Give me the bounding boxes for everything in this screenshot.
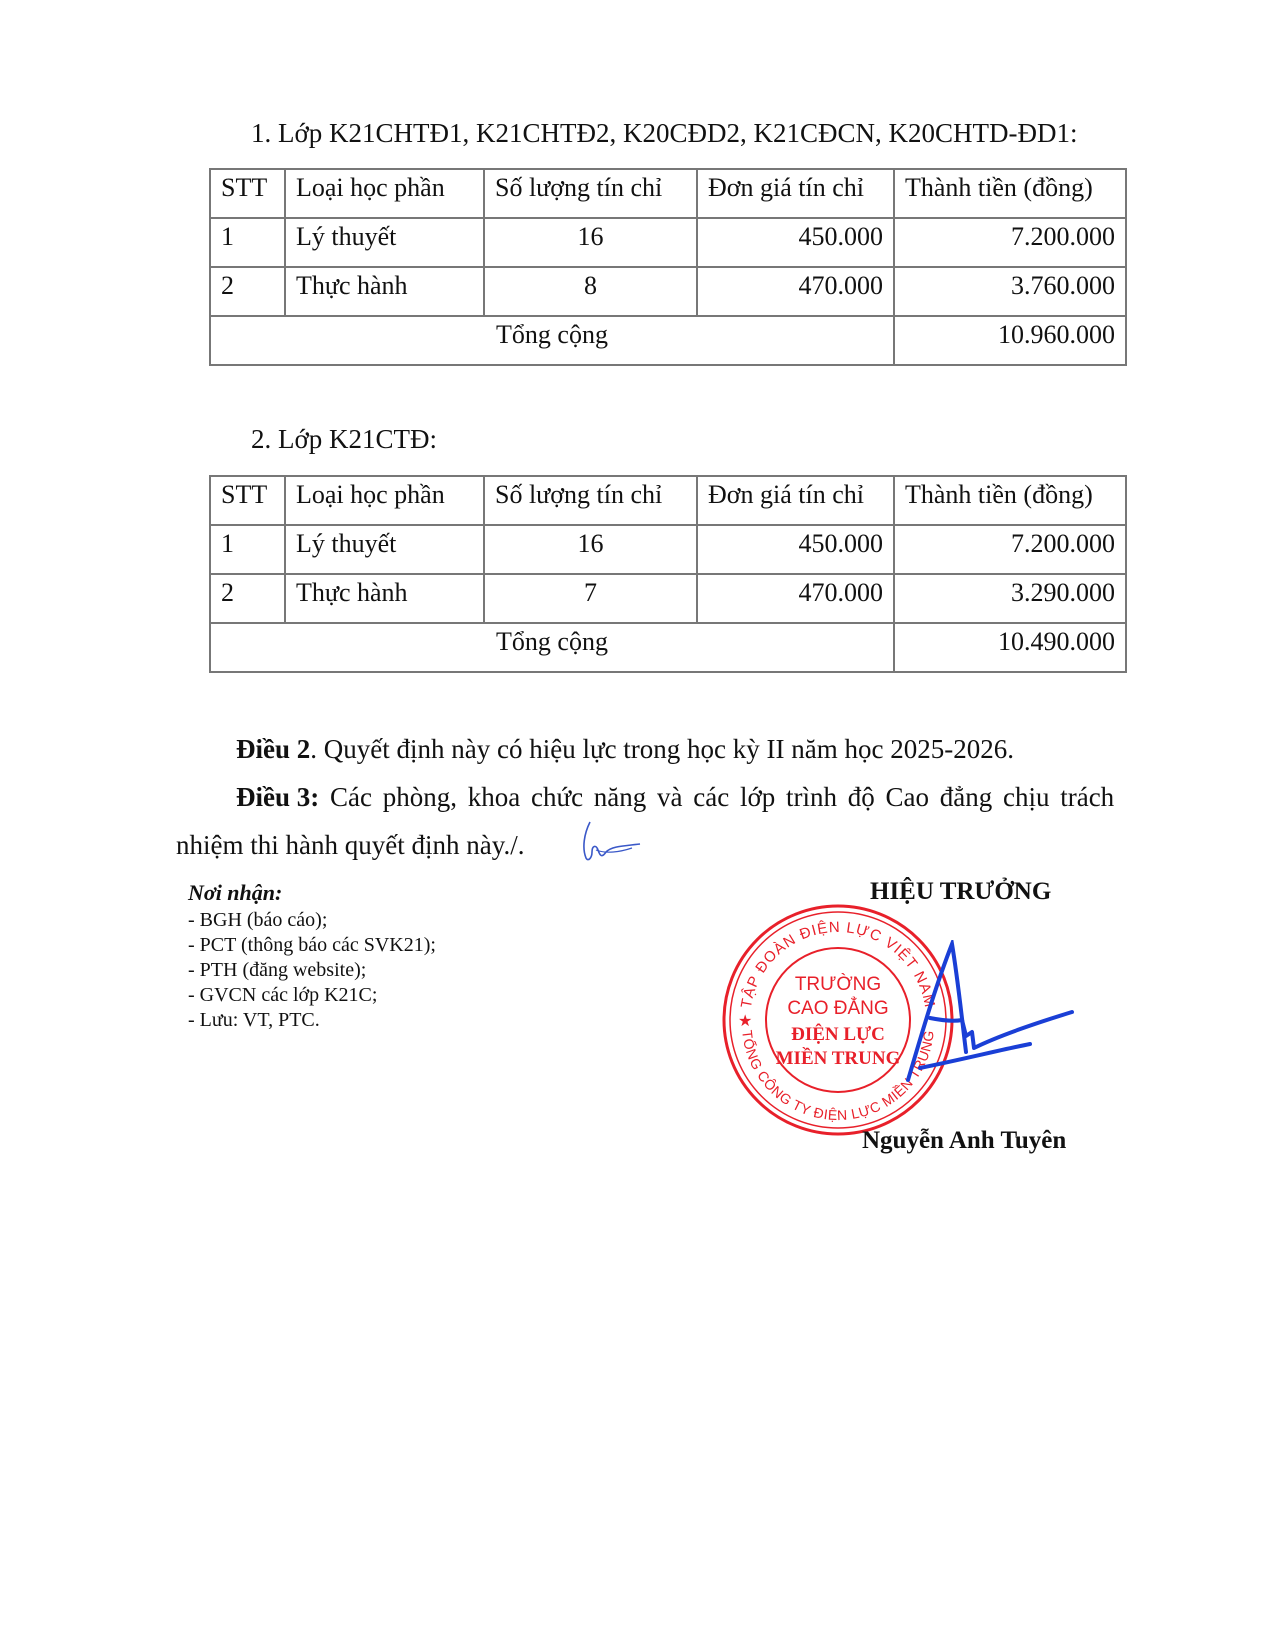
table-header-row: STT Loại học phần Số lượng tín chỉ Đơn g… <box>210 476 1126 525</box>
cell-unit-price: 470.000 <box>697 574 894 623</box>
header-cell: STT <box>210 476 285 525</box>
recipient-item: - PTH (đăng website); <box>188 958 436 983</box>
cell-amount: 3.290.000 <box>894 574 1126 623</box>
header-cell: Thành tiền (đồng) <box>894 169 1126 218</box>
stamp-line: MIỀN TRUNG <box>776 1047 901 1069</box>
cell-unit-price: 450.000 <box>697 218 894 267</box>
header-cell: Số lượng tín chỉ <box>484 169 697 218</box>
svg-text:★: ★ <box>738 1011 752 1030</box>
cell-amount: 7.200.000 <box>894 218 1126 267</box>
header-cell: Loại học phần <box>285 169 484 218</box>
article-2-text: . Quyết định này có hiệu lực trong học k… <box>310 734 1014 764</box>
header-cell: STT <box>210 169 285 218</box>
table-row: 1 Lý thuyết 16 450.000 7.200.000 <box>210 218 1126 267</box>
section1-heading: 1. Lớp K21CHTĐ1, K21CHTĐ2, K20CĐD2, K21C… <box>251 118 1078 149</box>
fee-table-1: STT Loại học phần Số lượng tín chỉ Đơn g… <box>209 168 1127 366</box>
recipients-title: Nơi nhận: <box>188 880 282 906</box>
cell-stt: 2 <box>210 574 285 623</box>
initials-paraph-icon <box>576 818 646 868</box>
header-cell: Thành tiền (đồng) <box>894 476 1126 525</box>
handwritten-signature-icon <box>900 940 1080 1100</box>
table-header-row: STT Loại học phần Số lượng tín chỉ Đơn g… <box>210 169 1126 218</box>
cell-type: Lý thuyết <box>285 218 484 267</box>
recipient-item: - Lưu: VT, PTC. <box>188 1008 436 1033</box>
table-row: 1 Lý thuyết 16 450.000 7.200.000 <box>210 525 1126 574</box>
recipient-item: - GVCN các lớp K21C; <box>188 983 436 1008</box>
header-cell: Loại học phần <box>285 476 484 525</box>
table-row: 2 Thực hành 8 470.000 3.760.000 <box>210 267 1126 316</box>
cell-credits: 16 <box>484 525 697 574</box>
stamp-line: TRƯỜNG <box>795 973 881 995</box>
total-label: Tổng cộng <box>210 623 894 672</box>
cell-stt: 1 <box>210 525 285 574</box>
article-3-text-line1: Các phòng, khoa chức năng và các lớp trì… <box>319 782 1114 812</box>
cell-stt: 2 <box>210 267 285 316</box>
cell-amount: 7.200.000 <box>894 525 1126 574</box>
table-total-row: Tổng cộng 10.490.000 <box>210 623 1126 672</box>
fee-table-2: STT Loại học phần Số lượng tín chỉ Đơn g… <box>209 475 1127 673</box>
cell-unit-price: 450.000 <box>697 525 894 574</box>
recipients-list: - BGH (báo cáo); - PCT (thông báo các SV… <box>188 908 436 1033</box>
stamp-line: ĐIỆN LỰC <box>791 1023 885 1045</box>
article-3: Điều 3: Các phòng, khoa chức năng và các… <box>236 782 1146 813</box>
article-3-continued: nhiệm thi hành quyết định này./. <box>176 830 524 861</box>
stamp-line: CAO ĐẲNG <box>787 997 888 1019</box>
cell-type: Thực hành <box>285 574 484 623</box>
section2-heading: 2. Lớp K21CTĐ: <box>251 424 437 455</box>
recipient-item: - PCT (thông báo các SVK21); <box>188 933 436 958</box>
header-cell: Số lượng tín chỉ <box>484 476 697 525</box>
total-label: Tổng cộng <box>210 316 894 365</box>
total-value: 10.960.000 <box>894 316 1126 365</box>
cell-amount: 3.760.000 <box>894 267 1126 316</box>
cell-type: Lý thuyết <box>285 525 484 574</box>
article-2-label: Điều 2 <box>236 734 310 764</box>
cell-credits: 16 <box>484 218 697 267</box>
signatory-name: Nguyễn Anh Tuyên <box>862 1127 1066 1155</box>
table-total-row: Tổng cộng 10.960.000 <box>210 316 1126 365</box>
cell-unit-price: 470.000 <box>697 267 894 316</box>
header-cell: Đơn giá tín chỉ <box>697 476 894 525</box>
cell-credits: 7 <box>484 574 697 623</box>
article-3-label: Điều 3: <box>236 782 319 812</box>
cell-type: Thực hành <box>285 267 484 316</box>
table-row: 2 Thực hành 7 470.000 3.290.000 <box>210 574 1126 623</box>
cell-credits: 8 <box>484 267 697 316</box>
cell-stt: 1 <box>210 218 285 267</box>
header-cell: Đơn giá tín chỉ <box>697 169 894 218</box>
total-value: 10.490.000 <box>894 623 1126 672</box>
article-2: Điều 2. Quyết định này có hiệu lực trong… <box>236 734 1014 765</box>
recipient-item: - BGH (báo cáo); <box>188 908 436 933</box>
